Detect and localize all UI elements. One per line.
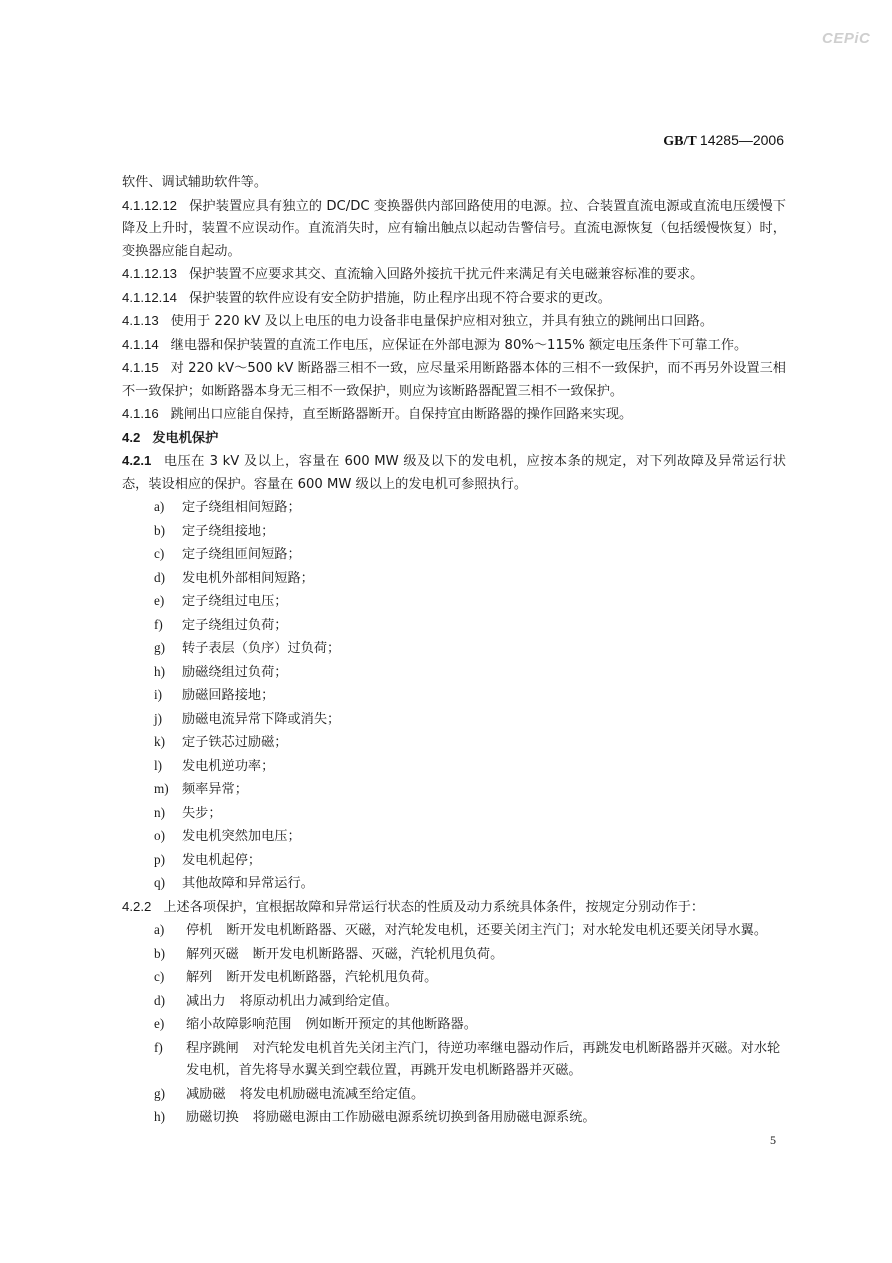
list-item: e)缩小故障影响范围例如断开预定的其他断路器。 <box>154 1013 786 1037</box>
list-item: j)励磁电流异常下降或消失； <box>154 708 786 732</box>
clause-text: 使用于 220 kV 及以上电压的电力设备非电量保护应相对独立，并具有独立的跳闸… <box>171 314 713 329</box>
clause-text: 保护装置应具有独立的 DC/DC 变换器供内部回路使用的电源。拉、合装置直流电源… <box>122 199 786 259</box>
action-term: 解列灭磁 <box>186 947 239 962</box>
list-marker: m) <box>154 778 182 801</box>
list-item: a)定子绕组相间短路； <box>154 496 786 520</box>
clause-4-1-12-14: 4.1.12.14保护装置的软件应设有安全防护措施，防止程序出现不符合要求的更改… <box>122 287 786 311</box>
list-item-text: 将原动机出力减到给定值。 <box>240 994 398 1009</box>
list-marker: f) <box>154 1037 186 1060</box>
list-item-text: 频率异常； <box>182 782 248 797</box>
standard-code: 14285—2006 <box>700 132 784 148</box>
clause-text: 对 220 kV～500 kV 断路器三相不一致，应尽量采用断路器本体的三相不一… <box>122 361 786 399</box>
list-marker: d) <box>154 567 182 590</box>
list-item: c)解列断开发电机断路器，汽轮机甩负荷。 <box>154 966 786 990</box>
section-title: 发电机保护 <box>152 431 218 446</box>
clause-number: 4.2.1 <box>122 453 151 468</box>
list-marker: o) <box>154 825 182 848</box>
fault-list: a)定子绕组相间短路； b)定子绕组接地； c)定子绕组匝间短路； d)发电机外… <box>122 496 786 896</box>
list-item: b)解列灭磁断开发电机断路器、灭磁，汽轮机甩负荷。 <box>154 943 786 967</box>
list-item-text: 励磁回路接地； <box>182 688 274 703</box>
list-item-text: 发电机突然加电压； <box>182 829 301 844</box>
list-item-text: 定子绕组过负荷； <box>182 618 288 633</box>
clause-number: 4.1.15 <box>122 360 159 375</box>
clause-number: 4.1.12.13 <box>122 266 177 281</box>
list-item-text: 励磁电流异常下降或消失； <box>182 712 340 727</box>
list-item: d)发电机外部相间短路； <box>154 567 786 591</box>
action-term: 停机 <box>186 923 212 938</box>
list-item: h)励磁绕组过负荷； <box>154 661 786 685</box>
list-item: g)减励磁将发电机励磁电流减至给定值。 <box>154 1083 786 1107</box>
clause-4-1-16: 4.1.16跳闸出口应能自保持，直至断路器断开。自保持宜由断路器的操作回路来实现… <box>122 403 786 427</box>
clause-4-1-12-13: 4.1.12.13保护装置不应要求其交、直流输入回路外接抗干扰元件来满足有关电磁… <box>122 263 786 287</box>
list-item-text: 发电机起停； <box>182 853 261 868</box>
cepic-watermark-logo: CEPiC <box>822 30 870 47</box>
list-item-text: 定子绕组过电压； <box>182 594 288 609</box>
list-item: p)发电机起停； <box>154 849 786 873</box>
clause-text: 跳闸出口应能自保持，直至断路器断开。自保持宜由断路器的操作回路来实现。 <box>171 407 633 422</box>
list-marker: f) <box>154 614 182 637</box>
list-item-text: 将发电机励磁电流减至给定值。 <box>240 1087 425 1102</box>
clause-text: 继电器和保护装置的直流工作电压，应保证在外部电源为 80%～115% 额定电压条… <box>171 338 748 353</box>
list-marker: a) <box>154 919 186 942</box>
clause-text: 上述各项保护，宜根据故障和异常运行状态的性质及动力系统具体条件，按规定分别动作于… <box>163 900 704 915</box>
list-item: f)定子绕组过负荷； <box>154 614 786 638</box>
list-marker: l) <box>154 755 182 778</box>
list-item: c)定子绕组匝间短路； <box>154 543 786 567</box>
list-marker: e) <box>154 1013 186 1036</box>
list-item-text: 断开发电机断路器、灭磁，汽轮机甩负荷。 <box>253 947 504 962</box>
list-item-text: 其他故障和异常运行。 <box>182 876 314 891</box>
clause-number: 4.1.12.12 <box>122 198 177 213</box>
clause-number: 4.1.12.14 <box>122 290 177 305</box>
action-list: a)停机断开发电机断路器、灭磁，对汽轮发电机，还要关闭主汽门；对水轮发电机还要关… <box>122 919 786 1130</box>
list-item: f)程序跳闸对汽轮发电机首先关闭主汽门，待逆功率继电器动作后，再跳发电机断路器并… <box>154 1037 786 1083</box>
clause-number: 4.1.14 <box>122 337 159 352</box>
action-term: 解列 <box>186 970 212 985</box>
clause-number: 4.1.16 <box>122 406 159 421</box>
list-item: e)定子绕组过电压； <box>154 590 786 614</box>
clause-4-1-12-12: 4.1.12.12保护装置应具有独立的 DC/DC 变换器供内部回路使用的电源。… <box>122 195 786 264</box>
list-marker: h) <box>154 1106 186 1129</box>
action-term: 缩小故障影响范围 <box>186 1017 292 1032</box>
list-item-text: 定子铁芯过励磁； <box>182 735 288 750</box>
list-marker: a) <box>154 496 182 519</box>
list-item: n)失步； <box>154 802 786 826</box>
clause-4-2-2: 4.2.2上述各项保护，宜根据故障和异常运行状态的性质及动力系统具体条件，按规定… <box>122 896 786 920</box>
list-marker: q) <box>154 872 182 895</box>
list-item: l)发电机逆功率； <box>154 755 786 779</box>
list-item: q)其他故障和异常运行。 <box>154 872 786 896</box>
standard-prefix: GB/T <box>663 134 696 149</box>
list-item-text: 将励磁电源由工作励磁电源系统切换到备用励磁电源系统。 <box>253 1110 596 1125</box>
list-marker: c) <box>154 966 186 989</box>
list-item-text: 发电机外部相间短路； <box>182 571 314 586</box>
clause-number: 4.1.13 <box>122 313 159 328</box>
list-item: g)转子表层（负序）过负荷； <box>154 637 786 661</box>
action-term: 程序跳闸 <box>186 1041 239 1056</box>
list-item-text: 定子绕组接地； <box>182 524 274 539</box>
list-item-text: 对汽轮发电机首先关闭主汽门，待逆功率继电器动作后，再跳发电机断路器并灭磁。对水轮… <box>186 1041 780 1079</box>
list-item-text: 失步； <box>182 806 222 821</box>
clause-4-1-15: 4.1.15对 220 kV～500 kV 断路器三相不一致，应尽量采用断路器本… <box>122 357 786 403</box>
list-item: a)停机断开发电机断路器、灭磁，对汽轮发电机，还要关闭主汽门；对水轮发电机还要关… <box>154 919 786 943</box>
list-item: k)定子铁芯过励磁； <box>154 731 786 755</box>
clause-4-1-13: 4.1.13使用于 220 kV 及以上电压的电力设备非电量保护应相对独立，并具… <box>122 310 786 334</box>
section-number: 4.2 <box>122 430 140 445</box>
list-marker: g) <box>154 1083 186 1106</box>
list-marker: k) <box>154 731 182 754</box>
list-item-text: 例如断开预定的其他断路器。 <box>306 1017 477 1032</box>
list-item-text: 断开发电机断路器、灭磁，对汽轮发电机，还要关闭主汽门；对水轮发电机还要关闭导水翼… <box>226 923 767 938</box>
list-item: i)励磁回路接地； <box>154 684 786 708</box>
list-item-text: 定子绕组匝间短路； <box>182 547 301 562</box>
list-marker: i) <box>154 684 182 707</box>
action-term: 励磁切换 <box>186 1110 239 1125</box>
list-marker: n) <box>154 802 182 825</box>
clause-text: 保护装置不应要求其交、直流输入回路外接抗干扰元件来满足有关电磁兼容标准的要求。 <box>189 267 703 282</box>
list-marker: g) <box>154 637 182 660</box>
list-item-text: 定子绕组相间短路； <box>182 500 301 515</box>
list-marker: d) <box>154 990 186 1013</box>
clause-text: 保护装置的软件应设有安全防护措施，防止程序出现不符合要求的更改。 <box>189 291 611 306</box>
list-item: b)定子绕组接地； <box>154 520 786 544</box>
list-marker: e) <box>154 590 182 613</box>
document-body: 软件、调试辅助软件等。 4.1.12.12保护装置应具有独立的 DC/DC 变换… <box>122 172 786 1130</box>
list-marker: c) <box>154 543 182 566</box>
page-number: 5 <box>770 1133 776 1148</box>
list-item: o)发电机突然加电压； <box>154 825 786 849</box>
section-heading-4-2: 4.2发电机保护 <box>122 427 786 451</box>
list-marker: b) <box>154 943 186 966</box>
list-marker: b) <box>154 520 182 543</box>
intro-line: 软件、调试辅助软件等。 <box>122 172 786 195</box>
clause-4-1-14: 4.1.14继电器和保护装置的直流工作电压，应保证在外部电源为 80%～115%… <box>122 334 786 358</box>
action-term: 减出力 <box>186 994 226 1009</box>
list-item: h)励磁切换将励磁电源由工作励磁电源系统切换到备用励磁电源系统。 <box>154 1106 786 1130</box>
list-marker: p) <box>154 849 182 872</box>
list-marker: j) <box>154 708 182 731</box>
clause-text: 电压在 3 kV 及以上，容量在 600 MW 级及以下的发电机，应按本条的规定… <box>122 454 786 492</box>
standard-number: GB/T 14285—2006 <box>663 132 784 150</box>
clause-4-2-1: 4.2.1电压在 3 kV 及以上，容量在 600 MW 级及以下的发电机，应按… <box>122 450 786 496</box>
list-marker: h) <box>154 661 182 684</box>
list-item-text: 发电机逆功率； <box>182 759 274 774</box>
list-item-text: 转子表层（负序）过负荷； <box>182 641 340 656</box>
clause-number: 4.2.2 <box>122 899 151 914</box>
list-item: d)减出力将原动机出力减到给定值。 <box>154 990 786 1014</box>
list-item-text: 励磁绕组过负荷； <box>182 665 288 680</box>
action-term: 减励磁 <box>186 1087 226 1102</box>
list-item: m)频率异常； <box>154 778 786 802</box>
list-item-text: 断开发电机断路器，汽轮机甩负荷。 <box>226 970 437 985</box>
